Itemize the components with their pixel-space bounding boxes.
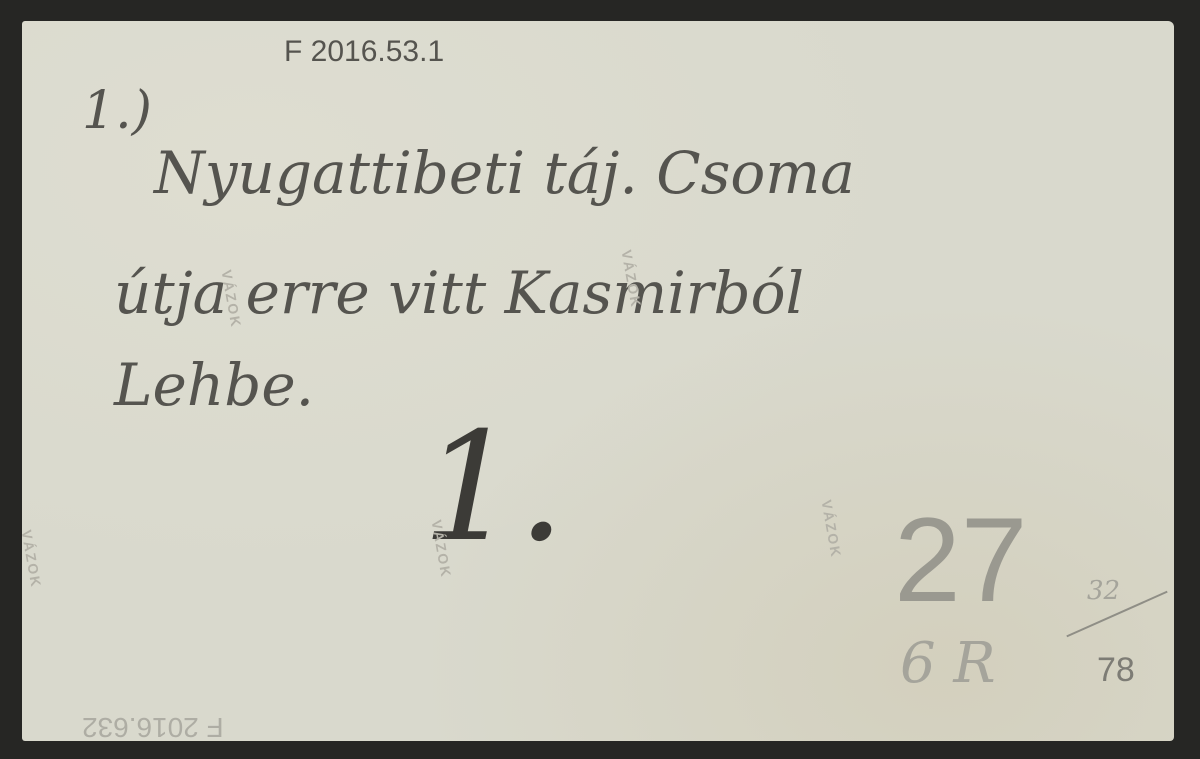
photo-card-back: F 2016.53.1 1.) Nyugattibeti táj. Csoma … [22,21,1174,741]
item-number-small: 1.) [82,81,152,141]
inscription-line-1: Nyugattibeti táj. Csoma [154,139,855,207]
inscription-line-2: útja erre vitt Kasmirból [114,259,804,327]
stamp: VÁZOK [18,529,44,590]
number-right-under: 6 R [900,631,996,696]
number-right: 27 [894,491,1027,629]
fraction-bottom: 78 [1097,651,1135,690]
inscription-line-3: Lehbe. [114,351,314,419]
accession-number-bottom: F 2016.632 [82,711,224,743]
fraction-top: 32 [1087,576,1120,606]
stamp: VÁZOK [818,499,844,560]
accession-number-top: F 2016.53.1 [284,35,444,69]
